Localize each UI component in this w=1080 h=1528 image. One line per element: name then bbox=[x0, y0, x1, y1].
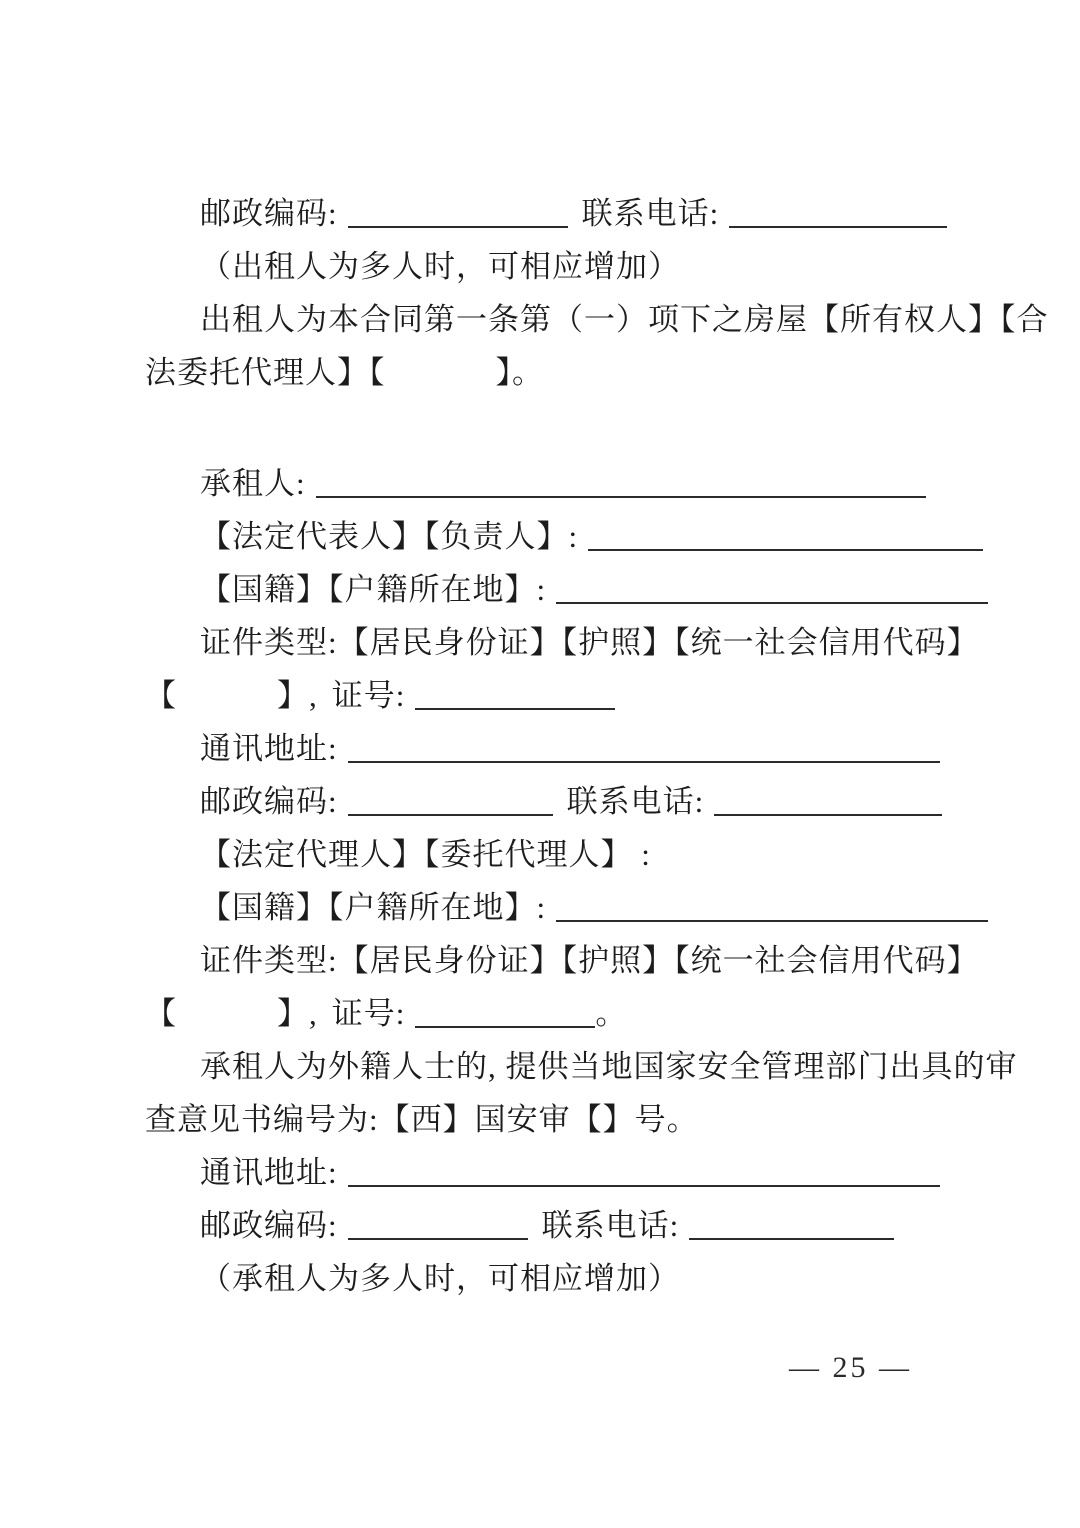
postal-code-label: 邮政编码: bbox=[200, 1208, 338, 1243]
bracket-close: 】, bbox=[277, 996, 318, 1031]
foreign-review-line-1: 承租人为外籍人士的, 提供当地国家安全管理部门出具的审 bbox=[145, 1040, 945, 1093]
full-stop: 。 bbox=[595, 996, 627, 1031]
phone-label: 联系电话: bbox=[542, 1208, 680, 1243]
tenant-name-blank-field bbox=[316, 466, 926, 498]
landlord-postal-phone-row: 邮政编码:联系电话: bbox=[145, 187, 945, 240]
cert-no-blank-field bbox=[415, 678, 615, 710]
landlord-ownership-line-2: 法委托代理人】【】。 bbox=[145, 346, 945, 399]
phone-blank-field bbox=[689, 1208, 894, 1240]
foreign-review-line-2: 查意见书编号为:【西】国安审【】号。 bbox=[145, 1093, 945, 1146]
note-text: （承租人为多人时，可相应增加） bbox=[200, 1261, 680, 1296]
address-label: 通讯地址: bbox=[200, 1155, 338, 1190]
tenant-label: 承租人: bbox=[200, 466, 306, 501]
ownership-text-right: 】。 bbox=[496, 355, 545, 390]
ownership-text: 出租人为本合同第一条第（一）项下之房屋【所有权人】【合 bbox=[200, 302, 1049, 337]
postal-code-label: 邮政编码: bbox=[200, 196, 338, 231]
contract-body: 邮政编码:联系电话: （出租人为多人时，可相应增加） 出租人为本合同第一条第（一… bbox=[145, 187, 945, 1305]
address-blank-field bbox=[348, 731, 940, 763]
nationality-blank-field bbox=[556, 890, 988, 922]
legal-representative-row: 【法定代表人】【负责人】: bbox=[145, 510, 945, 563]
tenant-name-row: 承租人: bbox=[145, 457, 945, 510]
cert-type-row-2: 证件类型:【居民身份证】【护照】【统一社会信用代码】 bbox=[145, 934, 945, 987]
cert-type-text: 证件类型:【居民身份证】【护照】【统一社会信用代码】 bbox=[200, 625, 979, 660]
cert-type-text: 证件类型:【居民身份证】【护照】【统一社会信用代码】 bbox=[200, 943, 979, 978]
postal-code-label: 邮政编码: bbox=[200, 784, 338, 819]
bracket-open: 【 bbox=[145, 996, 177, 1031]
tenant-postal-phone-row-2: 邮政编码:联系电话: bbox=[145, 1199, 945, 1252]
blank-line bbox=[145, 399, 945, 457]
legal-representative-label: 【法定代表人】【负责人】: bbox=[200, 519, 578, 554]
tenant-multi-person-note: （承租人为多人时，可相应增加） bbox=[145, 1252, 945, 1305]
postal-code-blank-field bbox=[348, 1208, 528, 1240]
note-text: （出租人为多人时，可相应增加） bbox=[200, 249, 680, 284]
address-row-1: 通讯地址: bbox=[145, 722, 945, 775]
nationality-row-2: 【国籍】【户籍所在地】: bbox=[145, 881, 945, 934]
landlord-multi-person-note: （出租人为多人时，可相应增加） bbox=[145, 240, 945, 293]
contract-document-page: 邮政编码:联系电话: （出租人为多人时，可相应增加） 出租人为本合同第一条第（一… bbox=[0, 0, 1080, 1528]
nationality-blank-field bbox=[556, 572, 988, 604]
address-label: 通讯地址: bbox=[200, 731, 338, 766]
cert-number-row-2: 【】,证号:。 bbox=[145, 987, 945, 1040]
phone-blank-field bbox=[729, 196, 947, 228]
phone-blank-field bbox=[714, 784, 942, 816]
cert-number-row-1: 【】,证号: bbox=[145, 669, 945, 722]
phone-label: 联系电话: bbox=[582, 196, 720, 231]
agent-row: 【法定代理人】【委托代理人】 : bbox=[145, 828, 945, 881]
nationality-label: 【国籍】【户籍所在地】: bbox=[200, 572, 546, 607]
cert-no-blank-field bbox=[415, 996, 595, 1028]
page-number: — 25 — bbox=[789, 1344, 912, 1392]
postal-code-blank-field bbox=[348, 196, 568, 228]
address-blank-field bbox=[348, 1155, 940, 1187]
legal-representative-blank-field bbox=[588, 519, 983, 551]
foreign-review-text: 承租人为外籍人士的, 提供当地国家安全管理部门出具的审 bbox=[200, 1049, 1018, 1084]
phone-label: 联系电话: bbox=[567, 784, 705, 819]
landlord-ownership-line-1: 出租人为本合同第一条第（一）项下之房屋【所有权人】【合 bbox=[145, 293, 945, 346]
ownership-text-left: 法委托代理人】【 bbox=[145, 355, 386, 390]
cert-no-label: 证号: bbox=[332, 996, 406, 1031]
bracket-open: 【 bbox=[145, 678, 177, 713]
bracket-close: 】, bbox=[277, 678, 318, 713]
nationality-row-1: 【国籍】【户籍所在地】: bbox=[145, 563, 945, 616]
foreign-review-text: 查意见书编号为:【西】国安审【】号。 bbox=[145, 1102, 699, 1137]
agent-label: 【法定代理人】【委托代理人】 : bbox=[200, 837, 651, 872]
cert-type-row-1: 证件类型:【居民身份证】【护照】【统一社会信用代码】 bbox=[145, 616, 945, 669]
nationality-label: 【国籍】【户籍所在地】: bbox=[200, 890, 546, 925]
postal-code-blank-field bbox=[348, 784, 553, 816]
cert-no-label: 证号: bbox=[332, 678, 406, 713]
tenant-postal-phone-row-1: 邮政编码:联系电话: bbox=[145, 775, 945, 828]
address-row-2: 通讯地址: bbox=[145, 1146, 945, 1199]
